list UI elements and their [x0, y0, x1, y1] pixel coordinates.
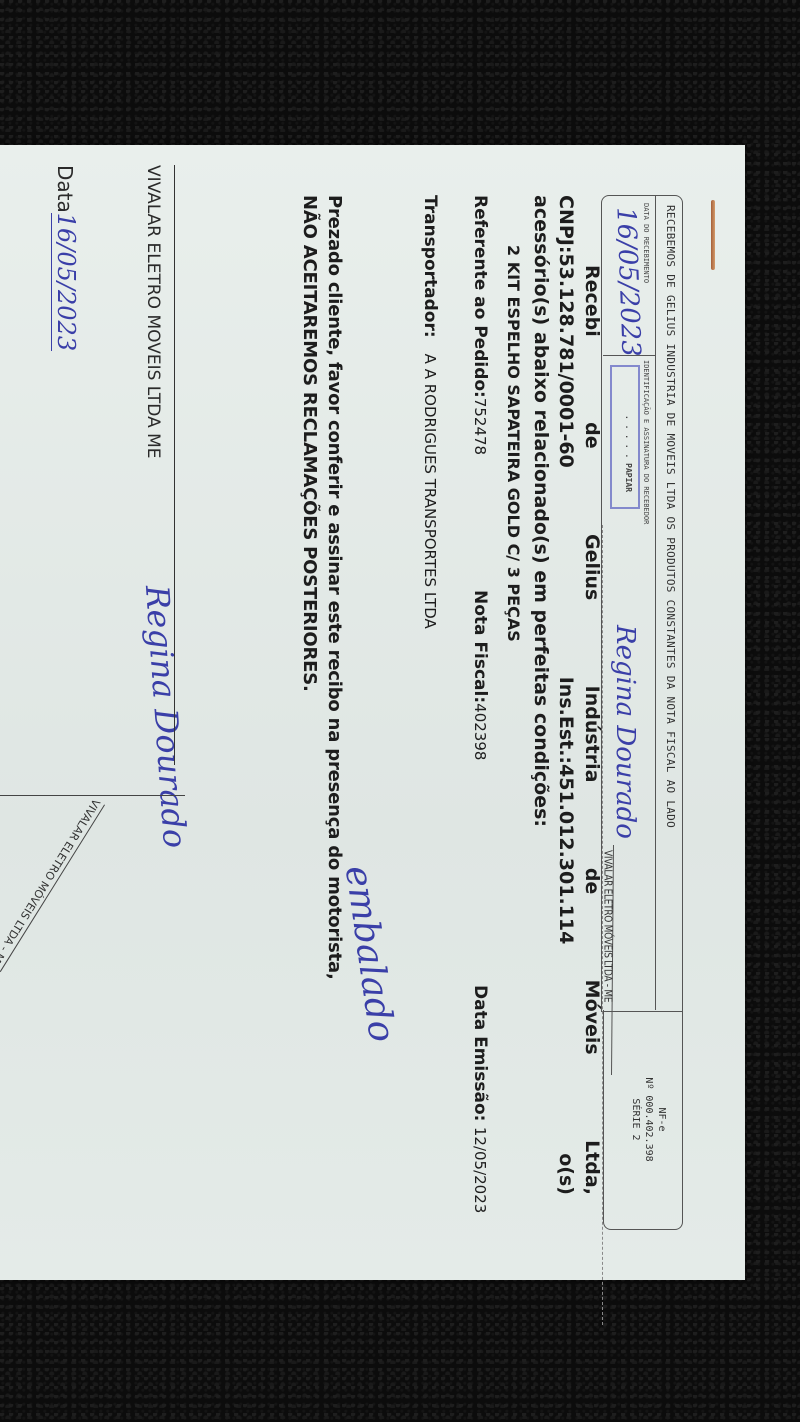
emissao-label: Data Emissão:	[470, 985, 490, 1121]
handwritten-date: 16/05/2023	[51, 213, 80, 351]
nfe-series: SÉRIE 2	[629, 1010, 642, 1229]
company-name: VIVALAR ELETRO MOVEIS LTDA ME	[143, 165, 163, 459]
receipt-paper: RECEBEMOS DE GELIUS INDUSTRIA DE MOVEIS …	[0, 145, 745, 1280]
receipt-line-1: Recebi de Gelius Indústria de Móveis Ltd…	[581, 195, 603, 1195]
date-label: Data	[53, 165, 77, 213]
word: de	[581, 868, 603, 895]
item-line: 2 KIT ESPELHO SAPATEIRA GOLD C/ 3 PEÇAS	[504, 245, 523, 1295]
pedido-label: Referente ao Pedido:	[470, 195, 490, 398]
transportador-label: Transportador:	[420, 195, 440, 338]
word: Gelius	[581, 534, 603, 600]
handwritten-signature: Regina Dourado	[138, 584, 194, 849]
date-row: Data16/05/2023	[52, 165, 80, 351]
nota-label: Nota Fiscal:	[470, 590, 490, 703]
handwritten-note: embalado	[337, 863, 402, 1045]
diagonal-company-stamp: VIVALAR ELETRO MÓVEIS LTDA - ME	[0, 797, 105, 973]
slip-identification-label: IDENTIFICAÇÃO E ASSINATURA DO RECEBEDOR	[642, 360, 650, 524]
nfe-label: NF-e	[655, 1010, 668, 1229]
nfe-number: Nº 000.402.398	[642, 1010, 655, 1229]
receipt-slip: RECEBEMOS DE GELIUS INDUSTRIA DE MOVEIS …	[603, 195, 735, 1230]
notice-line-1: Prezado cliente, favor conferir e assina…	[324, 195, 345, 1245]
word: Móveis	[581, 980, 603, 1055]
word: Recebi	[581, 265, 603, 337]
ins-est: Ins.Est.:451.012.301.114	[555, 677, 577, 945]
notice-line-2: NÃO ACEITAREMOS RECLAMAÇÕES POSTERIORES.	[299, 195, 320, 1245]
word: Ltda,	[581, 1140, 603, 1195]
receipt-line-3: acessório(s) abaixo relacionado(s) em pe…	[530, 195, 552, 1245]
word: de	[581, 422, 603, 449]
transporter-row: Transportador:A A RODRIGUES TRANSPORTES …	[420, 195, 440, 1245]
cnpj: CNPJ:53.128.781/0001-60	[555, 195, 577, 468]
receipt-photo: RECEBEMOS DE GELIUS INDUSTRIA DE MOVEIS …	[0, 145, 745, 1280]
transportador-value: A A RODRIGUES TRANSPORTES LTDA	[421, 354, 439, 629]
word: Indústria	[581, 686, 603, 783]
signature-line	[174, 165, 175, 765]
slip-date-label: DATA DO RECEBIMENTO	[642, 203, 650, 283]
vertical-line	[0, 795, 185, 796]
stamp-text: . . . . . PAPIAR	[624, 415, 633, 492]
pedido-value: 752478	[471, 398, 489, 455]
handwritten-receipt-date: 16/05/2023	[610, 207, 645, 358]
nota-value: 402398	[471, 703, 489, 760]
receipt-line-2: CNPJ:53.128.781/0001-60 Ins.Est.:451.012…	[555, 195, 577, 1195]
handwritten-signature-top: Regina Dourado	[610, 625, 640, 839]
nfe-box: NF-e Nº 000.402.398 SÉRIE 2	[603, 1010, 683, 1230]
slip-header: RECEBEMOS DE GELIUS INDUSTRIA DE MOVEIS …	[655, 195, 683, 1010]
emissao-value: 12/05/2023	[471, 1127, 489, 1213]
line2-suffix: o(s)	[555, 1153, 577, 1195]
